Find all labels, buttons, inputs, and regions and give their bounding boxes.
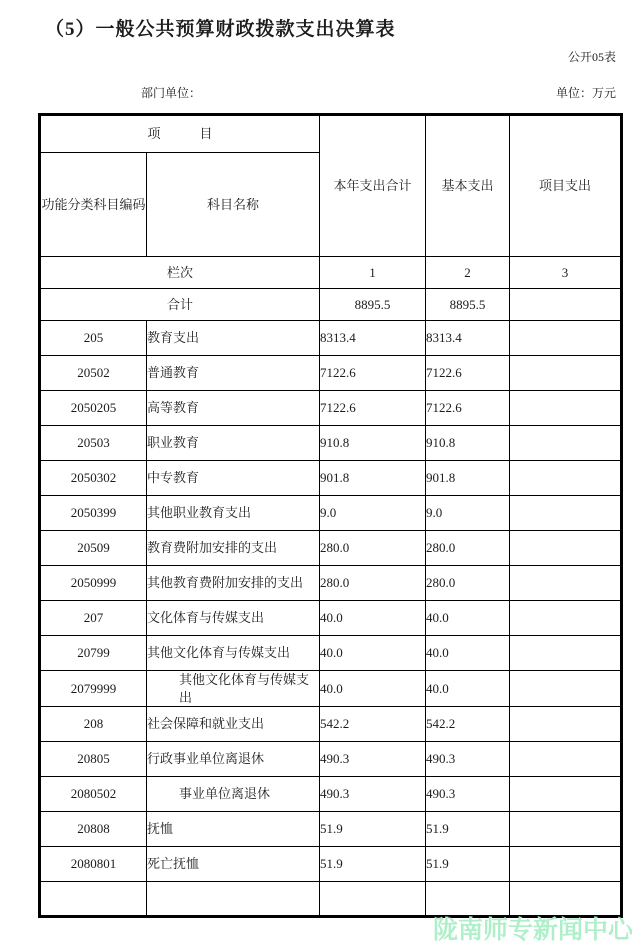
row-project bbox=[510, 882, 622, 917]
row-project bbox=[510, 742, 622, 777]
row-name: 死亡抚恤 bbox=[147, 847, 320, 882]
table-row: 20808 抚恤 51.9 51.9 bbox=[40, 812, 622, 847]
row-name bbox=[147, 882, 320, 917]
row-project bbox=[510, 777, 622, 812]
table-body: 205 教育支出 8313.4 8313.4 20502 普通教育 7122.6… bbox=[40, 321, 622, 917]
expenditure-table: 项 目 本年支出合计 基本支出 项目支出 功能分类科目编码 科目名称 栏次 1 … bbox=[38, 113, 623, 918]
row-project bbox=[510, 356, 622, 391]
row-basic: 8313.4 bbox=[426, 321, 510, 356]
unit-label: 单位：万元 bbox=[556, 84, 616, 101]
row-code: 20502 bbox=[40, 356, 147, 391]
row-basic: 51.9 bbox=[426, 847, 510, 882]
header-row-project: 项 目 本年支出合计 基本支出 项目支出 bbox=[40, 115, 622, 153]
row-code: 20808 bbox=[40, 812, 147, 847]
row-total: 40.0 bbox=[320, 601, 426, 636]
row-total: 40.0 bbox=[320, 636, 426, 671]
row-basic: 490.3 bbox=[426, 777, 510, 812]
row-code: 20509 bbox=[40, 531, 147, 566]
row-project bbox=[510, 461, 622, 496]
row-basic: 901.8 bbox=[426, 461, 510, 496]
row-name: 教育费附加安排的支出 bbox=[147, 531, 320, 566]
row-project bbox=[510, 496, 622, 531]
row-project bbox=[510, 671, 622, 707]
row-name: 其他文化体育与传媒支出 bbox=[147, 636, 320, 671]
row-total: 280.0 bbox=[320, 531, 426, 566]
row-code: 2050399 bbox=[40, 496, 147, 531]
row-name: 行政事业单位离退休 bbox=[147, 742, 320, 777]
row-basic: 40.0 bbox=[426, 636, 510, 671]
row-basic: 542.2 bbox=[426, 707, 510, 742]
table-row: 2050399 其他职业教育支出 9.0 9.0 bbox=[40, 496, 622, 531]
column-index-2: 2 bbox=[426, 257, 510, 289]
table-row: 2050205 高等教育 7122.6 7122.6 bbox=[40, 391, 622, 426]
table-row: 20503 职业教育 910.8 910.8 bbox=[40, 426, 622, 461]
table-row: 2079999 其他文化体育与传媒支出 40.0 40.0 bbox=[40, 671, 622, 707]
row-project bbox=[510, 426, 622, 461]
row-name: 中专教育 bbox=[147, 461, 320, 496]
row-project bbox=[510, 847, 622, 882]
table-row: 20502 普通教育 7122.6 7122.6 bbox=[40, 356, 622, 391]
row-total: 51.9 bbox=[320, 812, 426, 847]
row-code: 2080502 bbox=[40, 777, 147, 812]
row-basic: 7122.6 bbox=[426, 356, 510, 391]
table-row: 208 社会保障和就业支出 542.2 542.2 bbox=[40, 707, 622, 742]
total-value-project bbox=[510, 289, 622, 321]
row-name: 教育支出 bbox=[147, 321, 320, 356]
lanci-label: 栏次 bbox=[40, 257, 320, 289]
page: （5）一般公共预算财政拨款支出决算表 公开05表 部门单位： 单位：万元 项 目… bbox=[0, 0, 632, 942]
row-project bbox=[510, 531, 622, 566]
header-project-col: 项目支出 bbox=[510, 115, 622, 257]
row-code: 20503 bbox=[40, 426, 147, 461]
row-code: 20805 bbox=[40, 742, 147, 777]
row-total: 8313.4 bbox=[320, 321, 426, 356]
total-value-basic: 8895.5 bbox=[426, 289, 510, 321]
row-total: 901.8 bbox=[320, 461, 426, 496]
row-code: 2080801 bbox=[40, 847, 147, 882]
department-label: 部门单位： bbox=[141, 84, 201, 101]
column-index-1: 1 bbox=[320, 257, 426, 289]
row-code: 208 bbox=[40, 707, 147, 742]
header-code-col: 功能分类科目编码 bbox=[40, 153, 147, 257]
row-project bbox=[510, 601, 622, 636]
row-basic: 9.0 bbox=[426, 496, 510, 531]
table-row: 207 文化体育与传媒支出 40.0 40.0 bbox=[40, 601, 622, 636]
row-total: 7122.6 bbox=[320, 356, 426, 391]
header-total-col: 本年支出合计 bbox=[320, 115, 426, 257]
row-code: 207 bbox=[40, 601, 147, 636]
row-name: 其他职业教育支出 bbox=[147, 496, 320, 531]
row-total bbox=[320, 882, 426, 917]
row-project bbox=[510, 391, 622, 426]
row-name: 普通教育 bbox=[147, 356, 320, 391]
row-code bbox=[40, 882, 147, 917]
row-basic bbox=[426, 882, 510, 917]
row-name: 高等教育 bbox=[147, 391, 320, 426]
row-basic: 7122.6 bbox=[426, 391, 510, 426]
row-name: 文化体育与传媒支出 bbox=[147, 601, 320, 636]
column-index-row: 栏次 1 2 3 bbox=[40, 257, 622, 289]
row-project bbox=[510, 707, 622, 742]
row-total: 542.2 bbox=[320, 707, 426, 742]
row-basic: 280.0 bbox=[426, 531, 510, 566]
row-basic: 40.0 bbox=[426, 601, 510, 636]
table-row: 20799 其他文化体育与传媒支出 40.0 40.0 bbox=[40, 636, 622, 671]
row-code: 2050999 bbox=[40, 566, 147, 601]
row-code: 2050205 bbox=[40, 391, 147, 426]
header-name-col: 科目名称 bbox=[147, 153, 320, 257]
total-label: 合计 bbox=[40, 289, 320, 321]
row-total: 7122.6 bbox=[320, 391, 426, 426]
column-index-3: 3 bbox=[510, 257, 622, 289]
row-name: 社会保障和就业支出 bbox=[147, 707, 320, 742]
page-title: （5）一般公共预算财政拨款支出决算表 bbox=[45, 14, 396, 41]
row-code: 2079999 bbox=[40, 671, 147, 707]
row-total: 490.3 bbox=[320, 777, 426, 812]
table-row: 2050302 中专教育 901.8 901.8 bbox=[40, 461, 622, 496]
row-total: 9.0 bbox=[320, 496, 426, 531]
row-name: 抚恤 bbox=[147, 812, 320, 847]
table-row: 205 教育支出 8313.4 8313.4 bbox=[40, 321, 622, 356]
table-row: 2080801 死亡抚恤 51.9 51.9 bbox=[40, 847, 622, 882]
table-row bbox=[40, 882, 622, 917]
row-basic: 40.0 bbox=[426, 671, 510, 707]
row-name: 其他教育费附加安排的支出 bbox=[147, 566, 320, 601]
row-project bbox=[510, 566, 622, 601]
row-name: 职业教育 bbox=[147, 426, 320, 461]
row-code: 20799 bbox=[40, 636, 147, 671]
row-code: 205 bbox=[40, 321, 147, 356]
row-project bbox=[510, 636, 622, 671]
row-name: 其他文化体育与传媒支出 bbox=[147, 671, 320, 707]
table-row: 2080502 事业单位离退休 490.3 490.3 bbox=[40, 777, 622, 812]
header-basic-col: 基本支出 bbox=[426, 115, 510, 257]
total-value-total: 8895.5 bbox=[320, 289, 426, 321]
table-row: 2050999 其他教育费附加安排的支出 280.0 280.0 bbox=[40, 566, 622, 601]
row-total: 40.0 bbox=[320, 671, 426, 707]
row-name: 事业单位离退休 bbox=[147, 777, 320, 812]
table-row: 20805 行政事业单位离退休 490.3 490.3 bbox=[40, 742, 622, 777]
row-project bbox=[510, 321, 622, 356]
row-total: 910.8 bbox=[320, 426, 426, 461]
row-total: 280.0 bbox=[320, 566, 426, 601]
row-basic: 490.3 bbox=[426, 742, 510, 777]
row-total: 51.9 bbox=[320, 847, 426, 882]
row-basic: 910.8 bbox=[426, 426, 510, 461]
table-row: 20509 教育费附加安排的支出 280.0 280.0 bbox=[40, 531, 622, 566]
total-row: 合计 8895.5 8895.5 bbox=[40, 289, 622, 321]
doc-code-label: 公开05表 bbox=[568, 48, 616, 65]
row-code: 2050302 bbox=[40, 461, 147, 496]
row-basic: 51.9 bbox=[426, 812, 510, 847]
row-basic: 280.0 bbox=[426, 566, 510, 601]
row-project bbox=[510, 812, 622, 847]
row-total: 490.3 bbox=[320, 742, 426, 777]
header-project-group: 项 目 bbox=[40, 115, 320, 153]
